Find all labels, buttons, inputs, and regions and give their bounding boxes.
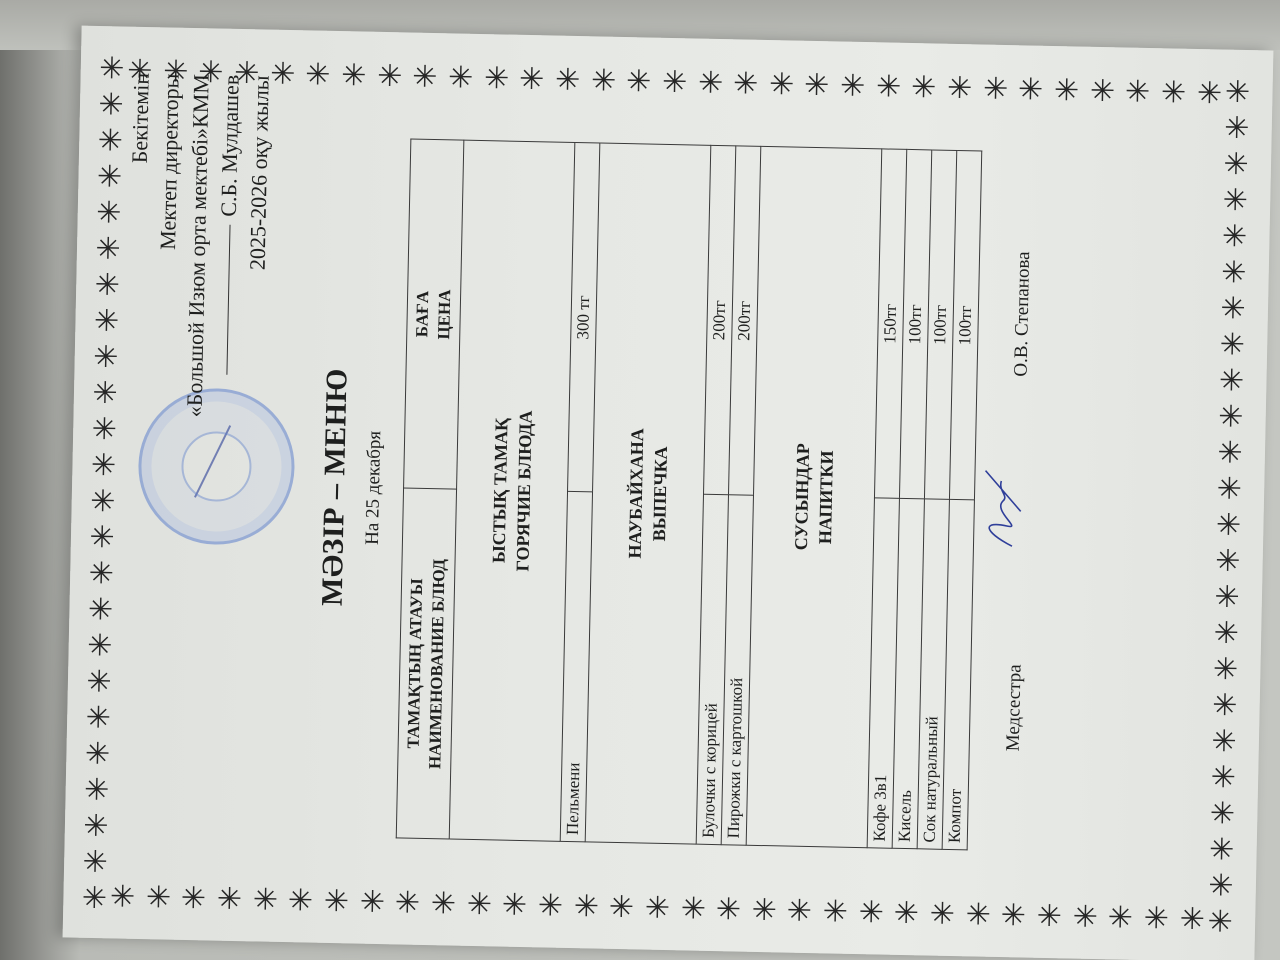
asterisk-star-icon: ✳ [982,72,1013,103]
asterisk-star-icon: ✳ [98,88,129,119]
asterisk-star-icon: ✳ [501,889,532,920]
footer-person: О.В. Степанова [1011,251,1036,377]
asterisk-star-icon: ✳ [1179,903,1210,934]
asterisk-star-icon: ✳ [412,61,443,92]
asterisk-star-icon: ✳ [1221,220,1252,251]
asterisk-star-icon: ✳ [1219,328,1250,359]
asterisk-star-icon: ✳ [573,890,604,921]
menu-date: На 25 декабря [354,48,394,928]
asterisk-star-icon: ✳ [537,889,568,920]
asterisk-star-icon: ✳ [92,341,123,372]
asterisk-star-icon: ✳ [180,882,211,913]
asterisk-star-icon: ✳ [109,880,140,911]
asterisk-star-icon: ✳ [768,68,799,99]
asterisk-star-icon: ✳ [94,269,125,300]
page-title: МӘЗІР – МЕНЮ [309,47,361,928]
asterisk-star-icon: ✳ [1207,905,1238,936]
asterisk-star-icon: ✳ [84,738,115,769]
asterisk-star-icon: ✳ [1196,77,1227,108]
asterisk-star-icon: ✳ [590,64,621,95]
asterisk-star-icon: ✳ [252,883,283,914]
menu-page: ✳✳✳✳✳✳✳✳✳✳✳✳✳✳✳✳✳✳✳✳✳✳✳✳ ✳✳✳✳✳✳✳✳✳✳✳✳✳✳✳… [69,42,1267,947]
asterisk-star-icon: ✳ [1216,473,1247,504]
approval-block: Бекітемін Мектеп директоры «Большой Изюм… [117,73,277,546]
asterisk-star-icon: ✳ [732,67,763,98]
paper-sheet: ✳✳✳✳✳✳✳✳✳✳✳✳✳✳✳✳✳✳✳✳✳✳✳✳ ✳✳✳✳✳✳✳✳✳✳✳✳✳✳✳… [63,26,1274,960]
footer-role: Медсестра [1003,664,1027,751]
asterisk-star-icon: ✳ [1018,73,1049,104]
footer-signoff: Медсестра О.В. Степанова [1001,151,1016,851]
asterisk-star-icon: ✳ [447,61,478,92]
approval-signer: С.Б. Мулдашев [216,74,244,216]
asterisk-star-icon: ✳ [394,886,425,917]
asterisk-star-icon: ✳ [946,72,977,103]
asterisk-star-icon: ✳ [90,449,121,480]
asterisk-star-icon: ✳ [1208,869,1239,900]
asterisk-star-icon: ✳ [466,888,497,919]
asterisk-star-icon: ✳ [1214,581,1245,612]
asterisk-star-icon: ✳ [86,665,117,696]
asterisk-star-icon: ✳ [93,305,124,336]
asterisk-star-icon: ✳ [1214,545,1245,576]
asterisk-star-icon: ✳ [97,124,128,155]
section-title: НАУБАЙХАНАВЫПЕЧКА [585,143,711,844]
asterisk-star-icon: ✳ [1107,901,1138,932]
asterisk-star-icon: ✳ [1223,112,1254,143]
asterisk-star-icon: ✳ [1036,900,1067,931]
section-title: СУСЫНДАРНАПИТКИ [746,146,882,847]
section-row: НАУБАЙХАНАВЫПЕЧКА [585,143,711,844]
column-header-price: БАҒА ЦЕНА [404,139,464,490]
asterisk-star-icon: ✳ [751,894,782,925]
asterisk-star-icon: ✳ [680,892,711,923]
asterisk-star-icon: ✳ [1217,436,1248,467]
menu-table: ТАМАҚТЫҢ АТАУЫ НАИМЕНОВАНИЕ БЛЮД БАҒА ЦЕ… [396,139,983,851]
asterisk-star-icon: ✳ [1208,833,1239,864]
asterisk-star-icon: ✳ [1211,689,1242,720]
asterisk-star-icon: ✳ [1217,400,1248,431]
asterisk-star-icon: ✳ [95,196,126,227]
section-title: ЫСТЫҚ ТАМАҚГОРЯЧИЕ БЛЮДА [449,140,575,841]
section-row: СУСЫНДАРНАПИТКИ [746,146,882,847]
asterisk-star-icon: ✳ [86,629,117,660]
asterisk-star-icon: ✳ [430,887,461,918]
asterisk-star-icon: ✳ [1223,148,1254,179]
asterisk-star-icon: ✳ [1220,256,1251,287]
asterisk-star-icon: ✳ [554,64,585,95]
border-bottom: ✳✳✳✳✳✳✳✳✳✳✳✳✳✳✳✳✳✳✳✳✳✳✳✳ [1207,76,1255,936]
asterisk-star-icon: ✳ [1072,901,1103,932]
asterisk-star-icon: ✳ [1222,184,1253,215]
asterisk-star-icon: ✳ [1209,797,1240,828]
asterisk-star-icon: ✳ [519,63,550,94]
asterisk-star-icon: ✳ [626,65,657,96]
asterisk-star-icon: ✳ [91,413,122,444]
asterisk-star-icon: ✳ [786,895,817,926]
asterisk-star-icon: ✳ [216,883,247,914]
asterisk-star-icon: ✳ [95,233,126,264]
asterisk-star-icon: ✳ [483,62,514,93]
asterisk-star-icon: ✳ [804,69,835,100]
asterisk-star-icon: ✳ [893,897,924,928]
asterisk-star-icon: ✳ [89,485,120,516]
asterisk-star-icon: ✳ [1220,292,1251,323]
asterisk-star-icon: ✳ [1143,902,1174,933]
border-left: ✳✳✳✳✳✳✳✳✳✳✳✳✳✳✳✳✳✳✳✳✳✳✳✳✳✳✳✳✳✳✳ [109,880,1209,933]
asterisk-star-icon: ✳ [1125,75,1156,106]
asterisk-star-icon: ✳ [89,521,120,552]
asterisk-star-icon: ✳ [1218,364,1249,395]
asterisk-star-icon: ✳ [88,557,119,588]
asterisk-star-icon: ✳ [82,846,113,877]
asterisk-star-icon: ✳ [87,593,118,624]
signature-line [227,225,231,375]
asterisk-star-icon: ✳ [1210,761,1241,792]
asterisk-star-icon: ✳ [83,810,114,841]
asterisk-star-icon: ✳ [929,898,960,929]
asterisk-star-icon: ✳ [875,70,906,101]
asterisk-star-icon: ✳ [839,70,870,101]
asterisk-star-icon: ✳ [1160,76,1191,107]
asterisk-star-icon: ✳ [1215,509,1246,540]
asterisk-star-icon: ✳ [1212,653,1243,684]
asterisk-star-icon: ✳ [1224,76,1255,107]
asterisk-star-icon: ✳ [644,892,675,923]
asterisk-star-icon: ✳ [96,160,127,191]
asterisk-star-icon: ✳ [1211,725,1242,756]
asterisk-star-icon: ✳ [858,896,889,927]
menu-table-body: ЫСТЫҚ ТАМАҚГОРЯЧИЕ БЛЮДАПельмени300 тгНА… [449,140,982,850]
asterisk-star-icon: ✳ [1089,75,1120,106]
asterisk-star-icon: ✳ [715,893,746,924]
asterisk-star-icon: ✳ [661,66,692,97]
asterisk-star-icon: ✳ [697,67,728,98]
asterisk-star-icon: ✳ [85,701,116,732]
asterisk-star-icon: ✳ [965,898,996,929]
asterisk-star-icon: ✳ [83,774,114,805]
asterisk-star-icon: ✳ [92,377,123,408]
asterisk-star-icon: ✳ [822,895,853,926]
asterisk-star-icon: ✳ [1213,617,1244,648]
asterisk-star-icon: ✳ [911,71,942,102]
nurse-signature-icon [972,460,1034,551]
asterisk-star-icon: ✳ [608,891,639,922]
border-right: ✳✳✳✳✳✳✳✳✳✳✳✳✳✳✳✳✳✳✳✳✳✳✳✳✳✳✳✳✳✳✳ [126,55,1226,108]
asterisk-star-icon: ✳ [1000,899,1031,930]
column-header-name: ТАМАҚТЫҢ АТАУЫ НАИМЕНОВАНИЕ БЛЮД [396,488,456,839]
asterisk-star-icon: ✳ [145,881,176,912]
asterisk-star-icon: ✳ [1053,74,1084,105]
section-row: ЫСТЫҚ ТАМАҚГОРЯЧИЕ БЛЮДА [449,140,575,841]
